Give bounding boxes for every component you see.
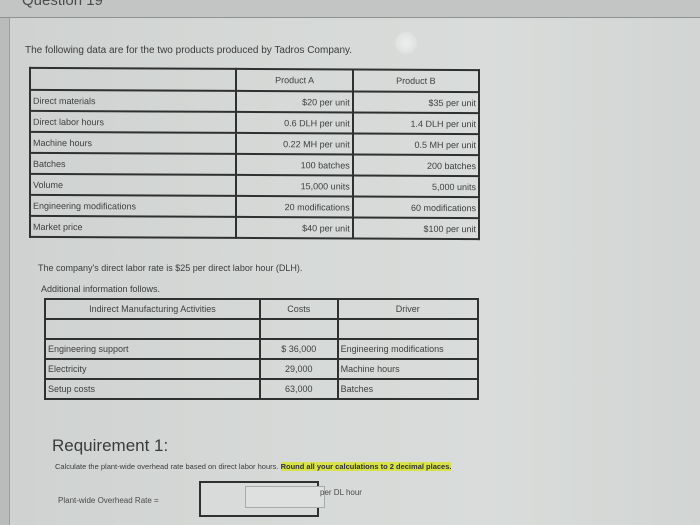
product-a-value: 15,000 units xyxy=(236,175,352,197)
left-rail xyxy=(0,0,10,525)
table-row: Volume 15,000 units 5,000 units xyxy=(30,174,479,197)
activity-driver: Engineering modifications xyxy=(338,339,478,359)
activity-cost xyxy=(260,319,338,339)
table-row: Machine hours 0.22 MH per unit 0.5 MH pe… xyxy=(30,132,479,155)
header-cell-driver: Driver xyxy=(338,299,478,319)
activity-driver xyxy=(338,319,478,339)
screen-glare xyxy=(395,32,417,54)
row-label: Batches xyxy=(30,153,236,175)
table-row: Engineering support $ 36,000 Engineering… xyxy=(45,339,478,359)
header-cell-activity: Indirect Manufacturing Activities xyxy=(45,299,260,319)
labor-rate-note: The company's direct labor rate is $25 p… xyxy=(38,263,302,273)
product-b-value: 200 batches xyxy=(353,155,479,177)
table-header-row: Indirect Manufacturing Activities Costs … xyxy=(45,299,478,319)
header-cell-product-b: Product B xyxy=(353,70,479,93)
product-b-value: 60 modifications xyxy=(353,197,479,219)
header-cell-product-a: Product A xyxy=(236,69,352,92)
activity-name: Setup costs xyxy=(45,379,260,399)
row-label: Engineering modifications xyxy=(30,195,236,217)
question-title: Question 19 xyxy=(22,0,103,9)
plant-wide-rate-input[interactable] xyxy=(245,486,325,508)
activity-cost-table: Indirect Manufacturing Activities Costs … xyxy=(44,298,479,400)
additional-info-note: Additional information follows. xyxy=(41,284,160,294)
activity-driver: Machine hours xyxy=(338,359,478,379)
row-label: Market price xyxy=(30,216,236,238)
activity-cost: $ 36,000 xyxy=(260,339,338,359)
product-a-value: 100 batches xyxy=(236,154,352,176)
activity-name: Electricity xyxy=(45,359,260,379)
product-b-value: $100 per unit xyxy=(353,218,479,240)
table-row: Market price $40 per unit $100 per unit xyxy=(30,216,479,239)
question-header: Question 19 xyxy=(0,0,700,18)
header-cell-blank xyxy=(30,68,236,91)
product-a-value: 0.22 MH per unit xyxy=(236,133,352,155)
product-a-value: 20 modifications xyxy=(236,196,352,218)
table-row: Engineering modifications 20 modificatio… xyxy=(30,195,479,218)
activity-name xyxy=(45,319,260,339)
product-b-value: 0.5 MH per unit xyxy=(353,134,479,156)
row-label: Volume xyxy=(30,174,236,196)
rate-unit-label: per DL hour xyxy=(320,488,362,497)
intro-text: The following data are for the two produ… xyxy=(25,45,352,56)
row-label: Machine hours xyxy=(30,132,236,154)
product-a-value: $40 per unit xyxy=(236,217,352,239)
table-header-row: Product A Product B xyxy=(30,68,479,92)
product-b-value: 5,000 units xyxy=(353,176,479,198)
header-cell-costs: Costs xyxy=(260,299,338,319)
rounding-highlight: Round all your calculations to 2 decimal… xyxy=(281,462,452,471)
activity-cost: 63,000 xyxy=(260,379,338,399)
activity-driver: Batches xyxy=(338,379,478,399)
row-label: Direct labor hours xyxy=(30,111,236,133)
rate-label: Plant-wide Overhead Rate = xyxy=(58,496,159,505)
requirement-instruction: Calculate the plant-wide overhead rate b… xyxy=(55,462,451,471)
product-a-value: $20 per unit xyxy=(236,91,352,113)
activity-name: Engineering support xyxy=(45,339,260,359)
product-data-table: Product A Product B Direct materials $20… xyxy=(29,67,480,240)
product-b-value: 1.4 DLH per unit xyxy=(353,113,479,135)
table-row xyxy=(45,319,478,339)
product-b-value: $35 per unit xyxy=(353,92,479,114)
activity-cost: 29,000 xyxy=(260,359,338,379)
table-row: Setup costs 63,000 Batches xyxy=(45,379,478,399)
table-row: Batches 100 batches 200 batches xyxy=(30,153,479,176)
rate-answer-box xyxy=(199,481,319,517)
table-row: Electricity 29,000 Machine hours xyxy=(45,359,478,379)
row-label: Direct materials xyxy=(30,90,236,112)
requirement-title: Requirement 1: xyxy=(52,436,168,456)
table-row: Direct labor hours 0.6 DLH per unit 1.4 … xyxy=(30,111,479,134)
product-a-value: 0.6 DLH per unit xyxy=(236,112,352,134)
table-row: Direct materials $20 per unit $35 per un… xyxy=(30,90,479,113)
instruction-text: Calculate the plant-wide overhead rate b… xyxy=(55,462,278,471)
